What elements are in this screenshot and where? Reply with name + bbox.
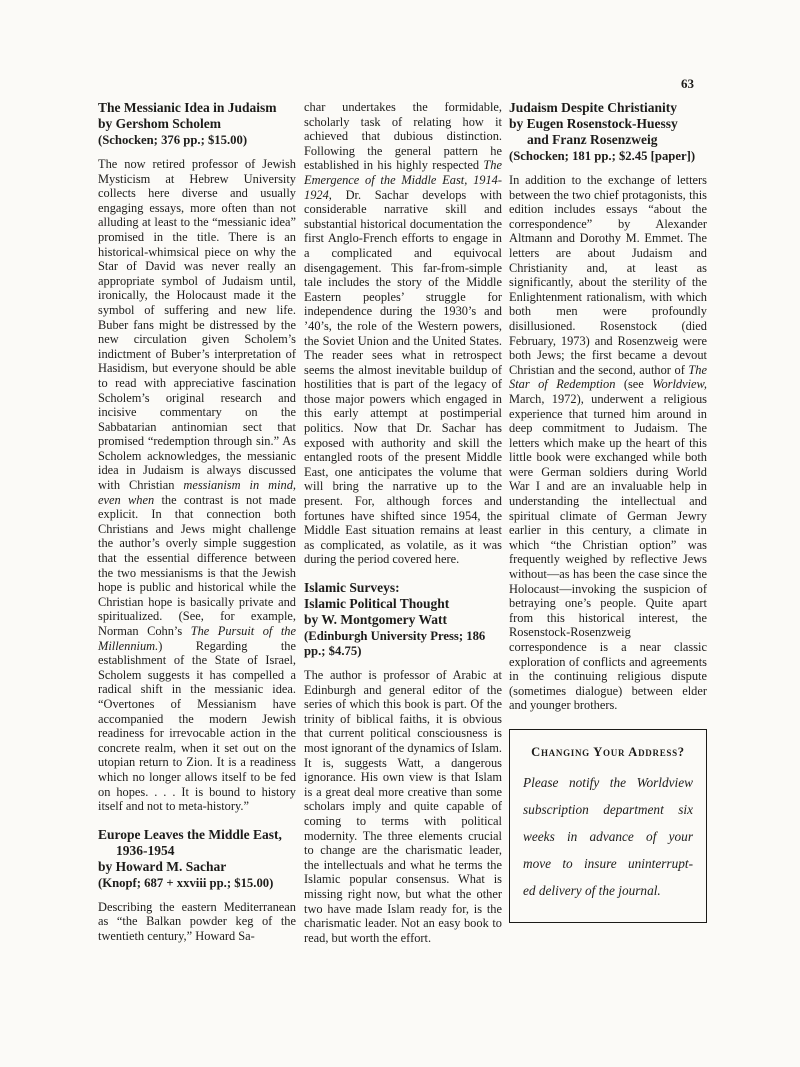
column-right: Judaism Despite Christianityby Eugen Ros… bbox=[509, 100, 707, 923]
book-title: Judaism Despite Christianityby Eugen Ros… bbox=[509, 100, 707, 148]
address-box-line: ed delivery of the journal. bbox=[523, 877, 693, 904]
text-segment: char undertakes the formidable, scholarl… bbox=[304, 100, 502, 172]
review-paragraph: The author is professor of Arabic at Edi… bbox=[304, 668, 502, 945]
journal-page: 63 The Messianic Idea in Judaismby Gersh… bbox=[0, 0, 800, 1067]
book-title-line: by Gershom Scholem bbox=[98, 116, 296, 132]
text-segment: Dr. Sachar develops with considerable na… bbox=[304, 188, 502, 567]
review-paragraph: The now retired professor of Jewish Myst… bbox=[98, 157, 296, 814]
review-paragraph: Describing the eastern Mediterranean as … bbox=[98, 900, 296, 944]
text-segment: In addition to the exchange of letters b… bbox=[509, 173, 707, 377]
text-segment: (see bbox=[615, 377, 652, 391]
book-title: The Messianic Idea in Judaismby Gershom … bbox=[98, 100, 296, 132]
column-center: char undertakes the formidable, scholarl… bbox=[304, 100, 502, 945]
address-box-line: weeks in advance of your bbox=[523, 823, 693, 850]
review-paragraph: char undertakes the formidable, scholarl… bbox=[304, 100, 502, 567]
book-title-line: Europe Leaves the Middle East, bbox=[98, 827, 296, 843]
book-title-line: Judaism Despite Christianity bbox=[509, 100, 707, 116]
column-right-reviews: Judaism Despite Christianityby Eugen Ros… bbox=[509, 100, 707, 713]
book-title-line: by Howard M. Sachar bbox=[98, 859, 296, 875]
column-left: The Messianic Idea in Judaismby Gershom … bbox=[98, 100, 296, 944]
text-segment: The now retired professor of Jewish Myst… bbox=[98, 157, 296, 492]
publisher-info: (Knopf; 687 + xxviii pp.; $15.00) bbox=[98, 876, 296, 891]
review-paragraph: In addition to the exchange of letters b… bbox=[509, 173, 707, 713]
book-title-line: 1936-1954 bbox=[98, 843, 296, 859]
book-title-line: by W. Montgomery Watt bbox=[304, 612, 502, 628]
address-box-line: move to insure uninterrupt- bbox=[523, 850, 693, 877]
address-change-notice-box: Changing Your Address? Please notify the… bbox=[509, 729, 707, 923]
text-segment: March, 1972), underwent a religious expe… bbox=[509, 392, 707, 712]
book-title: Europe Leaves the Middle East,1936-1954b… bbox=[98, 827, 296, 875]
book-title-line: by Eugen Rosenstock-Huessy bbox=[509, 116, 707, 132]
publisher-info: (Schocken; 181 pp.; $2.45 [paper]) bbox=[509, 149, 707, 164]
address-box-body: Please notify the Worldviewsubscription … bbox=[523, 769, 693, 904]
book-title-line: Islamic Surveys: bbox=[304, 580, 502, 596]
book-title-line: The Messianic Idea in Judaism bbox=[98, 100, 296, 116]
address-box-line: subscription department six bbox=[523, 796, 693, 823]
text-segment: The author is professor of Arabic at Edi… bbox=[304, 668, 502, 945]
address-box-heading: Changing Your Address? bbox=[523, 745, 693, 760]
text-segment: ) Regarding the establishment of the Sta… bbox=[98, 639, 296, 814]
italic-text: Worldview, bbox=[652, 377, 707, 391]
page-number: 63 bbox=[644, 76, 694, 92]
text-segment: Describing the eastern Mediterranean as … bbox=[98, 900, 296, 943]
publisher-info: (Edinburgh University Press; 186 pp.; $4… bbox=[304, 629, 502, 659]
publisher-info: (Schocken; 376 pp.; $15.00) bbox=[98, 133, 296, 148]
book-title-line: Islamic Political Thought bbox=[304, 596, 502, 612]
address-box-line: Please notify the Worldview bbox=[523, 769, 693, 796]
book-title: Islamic Surveys:Islamic Political Though… bbox=[304, 580, 502, 628]
text-segment: the contrast is not made explicit. In th… bbox=[98, 493, 296, 638]
book-title-line: and Franz Rosenzweig bbox=[509, 132, 707, 148]
